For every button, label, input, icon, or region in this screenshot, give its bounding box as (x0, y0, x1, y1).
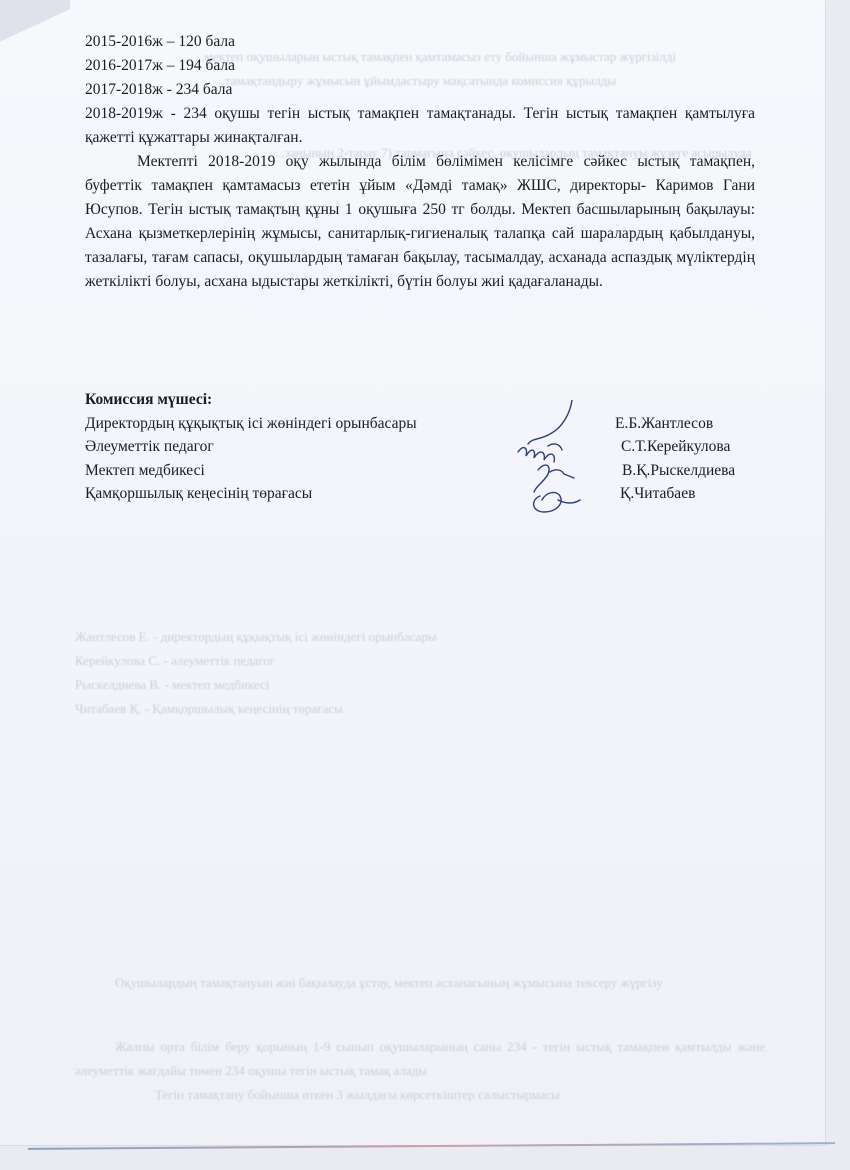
member-role: Қамқоршылық кеңесінің төрағасы (85, 485, 312, 502)
member-name: С.Т.Керейкулова (621, 435, 730, 459)
enrollment-line: 2016-2017ж – 194 бала (85, 54, 755, 78)
bleed-line: Читабаев Қ. - Қамқоршылық кеңесінің төра… (75, 697, 765, 721)
commission-heading: Комиссия мүшесі: (85, 388, 765, 412)
bleed-line: Жалпы орта білім беру қорының 1-9 сынып … (75, 1035, 765, 1083)
commission-member: Қамқоршылық кеңесінің төрағасы Қ.Читабае… (85, 482, 765, 506)
enrollment-line: 2017-2018ж - 234 бала (85, 78, 755, 102)
bleed-line: Жантлесов Е. - директордың құқықтық ісі … (75, 625, 765, 649)
commission-member: Әлеуметтік педагог С.Т.Керейкулова (85, 435, 765, 459)
bleed-line: Тегін тамақтану бойынша өткен 3 жылдағы … (75, 1083, 765, 1107)
member-name: В.Қ.Рыскелдиева (622, 459, 735, 483)
handwritten-signatures (510, 400, 620, 520)
paragraph-catering-control: Мектепті 2018-2019 оқу жылында білім бөл… (85, 150, 755, 294)
folded-corner (0, 0, 70, 50)
bleed-line: Керейкулова С. - әлеуметтік педагог (75, 649, 765, 673)
commission-section: Комиссия мүшесі: Директордың құқықтық іс… (85, 388, 765, 506)
member-role: Мектеп медбикесі (85, 462, 205, 479)
member-name: Қ.Читабаев (620, 482, 695, 506)
scanned-page: ...мектеп оқушыларын ыстық тамақпен қамт… (0, 0, 825, 1145)
bleed-line: Оқушылардың тамақтануын жиі бақылауда ұс… (75, 971, 765, 995)
commission-member: Директордың құқықтық ісі жөніндегі орынб… (85, 412, 765, 436)
commission-member: Мектеп медбикесі В.Қ.Рыскелдиева (85, 459, 765, 483)
member-role: Директордың құқықтық ісі жөніндегі орынб… (85, 415, 417, 432)
paragraph-free-meals: 2018-2019ж - 234 оқушы тегін ыстық тамақ… (85, 102, 755, 150)
document-body: 2015-2016ж – 120 бала 2016-2017ж – 194 б… (85, 30, 755, 294)
enrollment-line: 2015-2016ж – 120 бала (85, 30, 755, 54)
member-name: Е.Б.Жантлесов (615, 412, 713, 436)
bleed-line: Рыскелдиева В. - мектеп медбикесі (75, 673, 765, 697)
member-role: Әлеуметтік педагог (85, 438, 214, 455)
